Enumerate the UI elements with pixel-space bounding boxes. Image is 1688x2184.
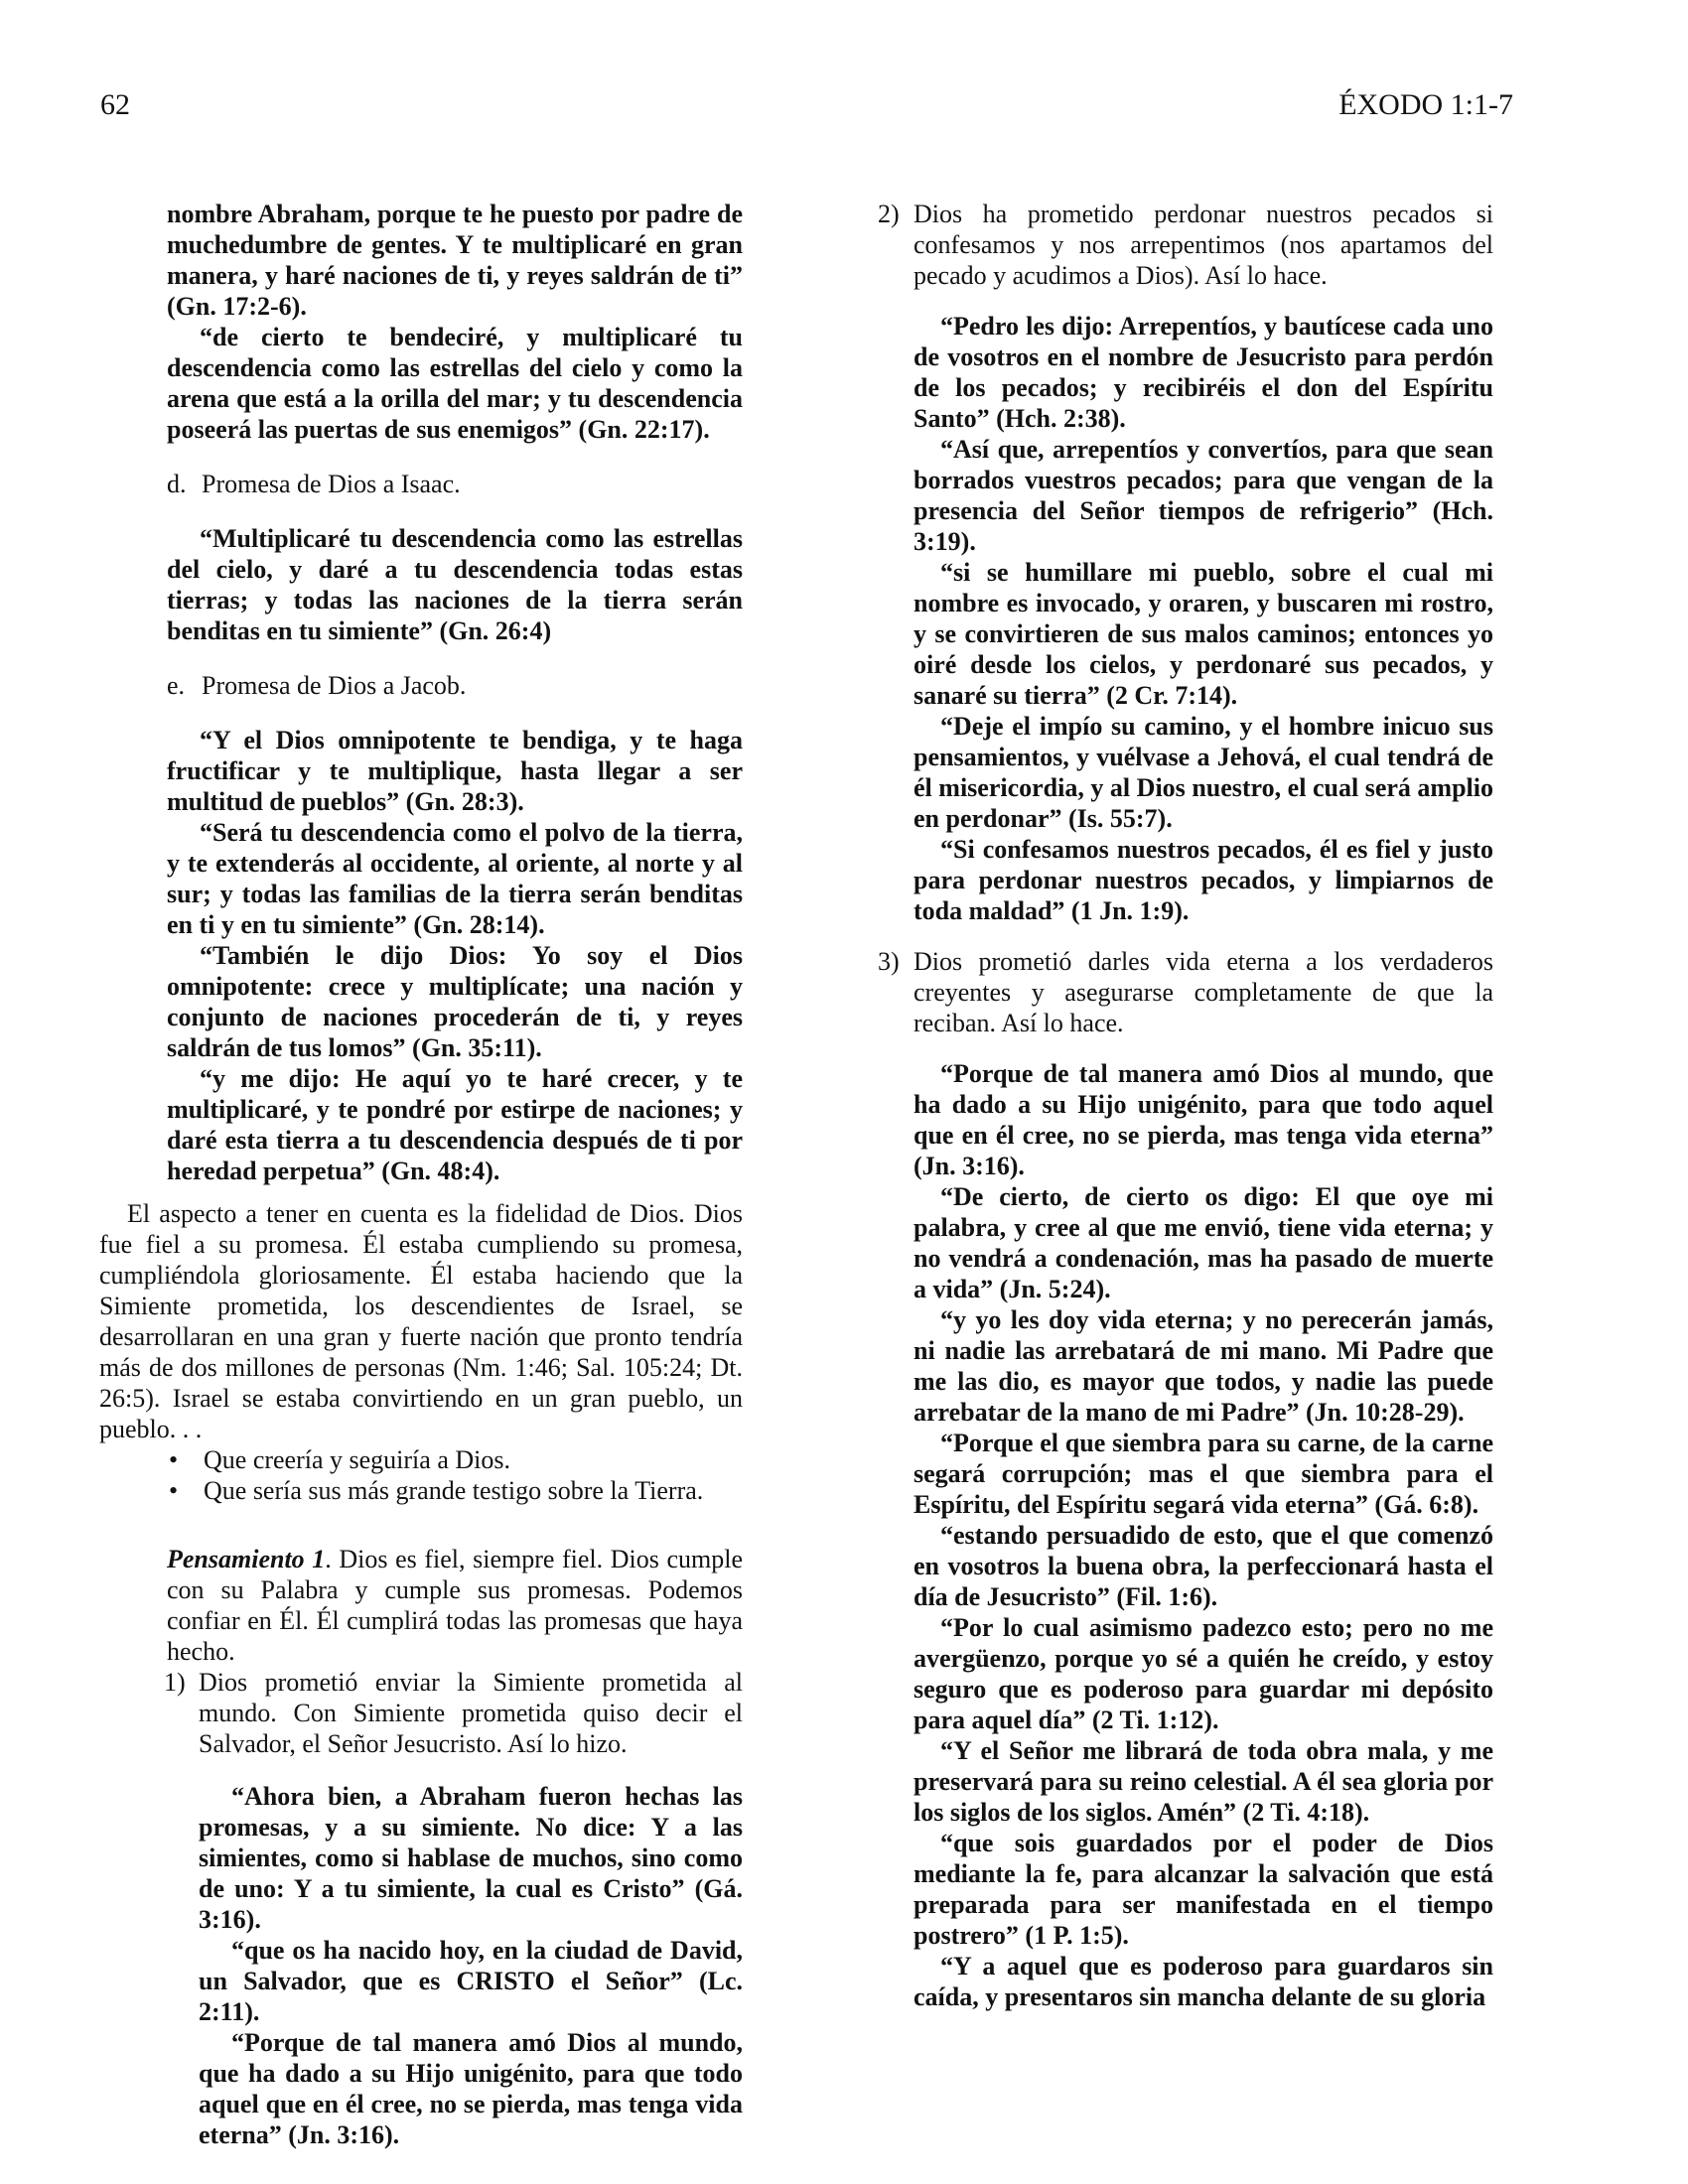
thought-paragraph: Pensamiento 1. Dios es fiel, siempre fie…: [167, 1544, 743, 1667]
scripture-quote: “Si confesamos nuestros pecados, él es f…: [914, 834, 1493, 926]
running-header: 62 ÉXODO 1:1-7: [100, 89, 1513, 121]
numbered-point-text: Dios prometió darles vida eterna a los v…: [914, 947, 1493, 1037]
bullet-icon: •: [169, 1475, 204, 1506]
outline-letter-item-d: d.Promesa de Dios a Isaac.: [202, 469, 743, 499]
left-column: nombre Abraham, porque te he puesto por …: [99, 199, 743, 2150]
scripture-quote: “Así que, arrepentíos y convertíos, para…: [914, 434, 1493, 557]
scripture-quote: “si se humillare mi pueblo, sobre el cua…: [914, 557, 1493, 711]
outline-letter-text: Promesa de Dios a Isaac.: [202, 470, 461, 498]
scripture-quote: “Multiplicaré tu descendencia como las e…: [167, 523, 743, 646]
outline-letter-text: Promesa de Dios a Jacob.: [202, 671, 466, 700]
scripture-quote: “Por lo cual asimismo padezco esto; pero…: [914, 1612, 1493, 1735]
scripture-quote: “que sois guardados por el poder de Dios…: [914, 1828, 1493, 1951]
page-number: 62: [100, 89, 130, 121]
bullet-icon: •: [169, 1444, 204, 1475]
numbered-point-3: 3)Dios prometió darles vida eterna a los…: [914, 946, 1493, 1038]
numbered-point-marker: 1): [164, 1667, 199, 1698]
body-paragraph: El aspecto a tener en cuenta es la fidel…: [99, 1198, 743, 1444]
scripture-quote: “y yo les doy vida eterna; y no perecerá…: [914, 1304, 1493, 1428]
book-page: 62 ÉXODO 1:1-7 nombre Abraham, porque te…: [0, 0, 1688, 2184]
scripture-quote: “Porque el que siembra para su carne, de…: [914, 1428, 1493, 1520]
numbered-point-marker: 3): [878, 946, 914, 977]
numbered-point-1: 1)Dios prometió enviar la Simiente prome…: [199, 1667, 743, 1759]
bullet-point: •Que creería y seguiría a Dios.: [204, 1444, 743, 1475]
scripture-quote: “y me dijo: He aquí yo te haré crecer, y…: [167, 1063, 743, 1186]
scripture-quote: nombre Abraham, porque te he puesto por …: [167, 199, 743, 322]
numbered-point-2: 2)Dios ha prometido perdonar nuestros pe…: [914, 199, 1493, 291]
bullet-text: Que creería y seguiría a Dios.: [204, 1445, 510, 1474]
scripture-quote: “De cierto, de cierto os digo: El que oy…: [914, 1181, 1493, 1304]
scripture-quote: “Y el Dios omnipotente te bendiga, y te …: [167, 725, 743, 817]
running-head-title: ÉXODO 1:1-7: [1338, 89, 1513, 121]
scripture-quote: “de cierto te bendeciré, y multiplicaré …: [167, 322, 743, 445]
thought-label: Pensamiento 1: [167, 1545, 325, 1573]
bullet-text: Que sería sus más grande testigo sobre l…: [204, 1476, 703, 1505]
right-column: 2)Dios ha prometido perdonar nuestros pe…: [878, 199, 1493, 2012]
scripture-quote: “estando persuadido de esto, que el que …: [914, 1520, 1493, 1612]
bullet-point: •Que sería sus más grande testigo sobre …: [204, 1475, 743, 1506]
scripture-quote: “Y el Señor me librará de toda obra mala…: [914, 1735, 1493, 1828]
scripture-quote: “Pedro les dijo: Arrepentíos, y bautíces…: [914, 311, 1493, 434]
numbered-point-text: Dios ha prometido perdonar nuestros peca…: [914, 200, 1493, 290]
scripture-quote: “Ahora bien, a Abraham fueron hechas las…: [199, 1781, 743, 1935]
outline-letter-marker: d.: [167, 469, 202, 499]
numbered-point-text: Dios prometió enviar la Simiente prometi…: [199, 1668, 743, 1758]
scripture-quote: “Y a aquel que es poderoso para guardaro…: [914, 1951, 1493, 2012]
scripture-quote: “Deje el impío su camino, y el hombre in…: [914, 711, 1493, 834]
scripture-quote: “Porque de tal manera amó Dios al mundo,…: [914, 1058, 1493, 1181]
outline-letter-marker: e.: [167, 670, 202, 701]
scripture-quote: “Porque de tal manera amó Dios al mundo,…: [199, 2027, 743, 2150]
scripture-quote: “También le dijo Dios: Yo soy el Dios om…: [167, 940, 743, 1063]
scripture-quote: “Será tu descendencia como el polvo de l…: [167, 817, 743, 940]
scripture-quote: “que os ha nacido hoy, en la ciudad de D…: [199, 1935, 743, 2027]
numbered-point-marker: 2): [878, 199, 914, 229]
outline-letter-item-e: e.Promesa de Dios a Jacob.: [202, 670, 743, 701]
